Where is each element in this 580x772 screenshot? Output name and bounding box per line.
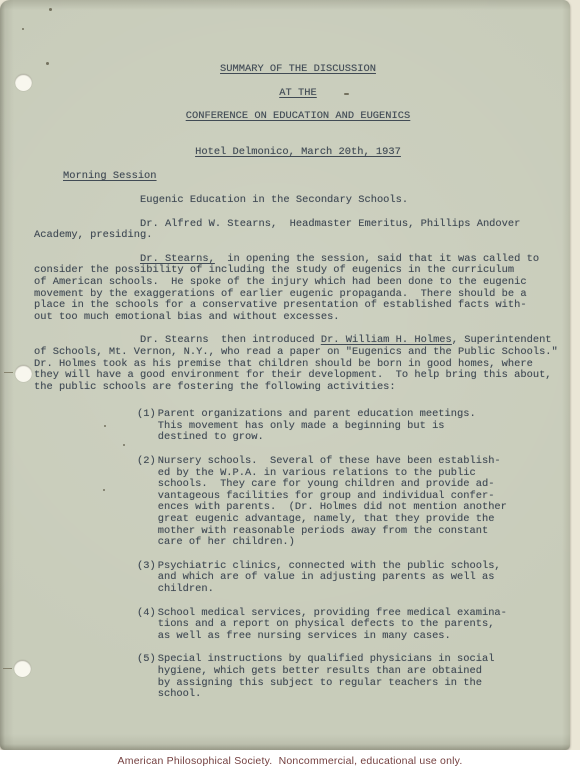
list-item: (5)Special instructions by qualified phy… (137, 654, 562, 700)
paragraph: Dr. Alfred W. Stearns, Headmaster Emerit… (34, 219, 562, 242)
credit-bar: American Philosophical Society. Noncomme… (0, 750, 580, 772)
underlined-lead-in: Dr. William H. Holmes (321, 334, 452, 346)
pencil-mark (3, 668, 12, 669)
list-item-text: School medical services, providing free … (158, 608, 523, 643)
list-item-text: Parent organizations and parent educatio… (158, 409, 523, 444)
numbered-list: (1)Parent organizations and parent educa… (137, 409, 562, 700)
doc-title-line-2: AT THE (34, 88, 562, 100)
list-item-text: Special instructions by qualified physic… (158, 654, 523, 700)
list-item: (2)Nursery schools. Several of these hav… (137, 456, 562, 549)
list-item-number: (3) (137, 561, 156, 596)
punch-hole-bottom (14, 660, 31, 677)
paper-speck (22, 28, 24, 30)
credit-text: American Philosophical Society. Noncomme… (118, 755, 463, 767)
paragraph-text: in opening the session, said that it was… (34, 253, 539, 323)
list-item-number: (5) (137, 654, 156, 700)
typewritten-document: SUMMARY OF THE DISCUSSION AT THE CONFERE… (34, 64, 562, 701)
paragraph: Eugenic Education in the Secondary Schoo… (34, 195, 562, 207)
punch-hole-top (15, 74, 32, 91)
list-item-text: Psychiatric clinics, connected with the … (158, 561, 523, 596)
scanned-page: SUMMARY OF THE DISCUSSION AT THE CONFERE… (0, 0, 580, 772)
list-item: (3)Psychiatric clinics, connected with t… (137, 561, 562, 596)
list-item-number: (4) (137, 608, 156, 643)
list-item: (1)Parent organizations and parent educa… (137, 409, 562, 444)
punch-hole-middle (15, 365, 32, 382)
paper-sheet: SUMMARY OF THE DISCUSSION AT THE CONFERE… (0, 0, 570, 750)
list-item-number: (2) (137, 456, 156, 549)
doc-title-line-1: SUMMARY OF THE DISCUSSION (34, 64, 562, 76)
list-item-number: (1) (137, 409, 156, 444)
paragraph: Dr. Stearns then introduced Dr. William … (34, 335, 562, 393)
list-item: (4)School medical services, providing fr… (137, 608, 562, 643)
body-paragraphs: Eugenic Education in the Secondary Schoo… (34, 195, 562, 393)
session-heading: Morning Session (63, 171, 562, 183)
list-item-text: Nursery schools. Several of these have b… (158, 456, 523, 549)
paragraph-text: Dr. Stearns then introduced (140, 334, 321, 346)
paragraph: Dr. Stearns, in opening the session, sai… (34, 254, 562, 324)
pencil-mark (4, 372, 13, 373)
venue-date-line: Hotel Delmonico, March 20th, 1937 (34, 147, 562, 159)
underlined-lead-in: Dr. Stearns, (140, 253, 215, 265)
doc-title-line-3: CONFERENCE ON EDUCATION AND EUGENICS (34, 111, 562, 123)
paragraph-text: Dr. Alfred W. Stearns, Headmaster Emerit… (34, 218, 520, 242)
paragraph-text: Eugenic Education in the Secondary Schoo… (140, 194, 408, 206)
paper-speck (49, 8, 52, 11)
